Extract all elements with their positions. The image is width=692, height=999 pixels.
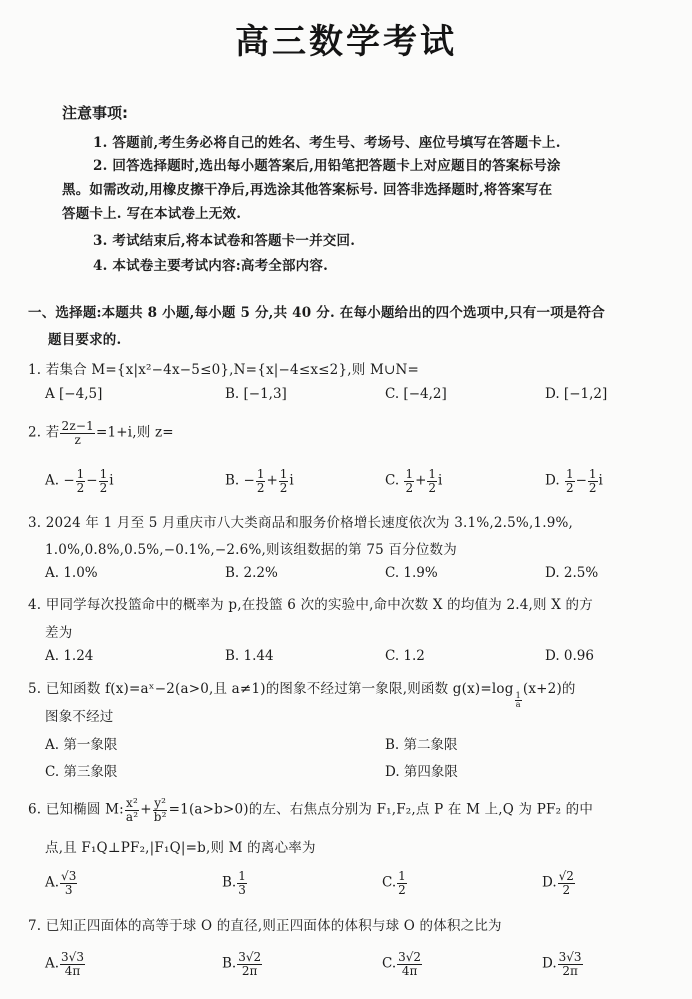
notice-item-4: 4. 本试卷主要考试内容:高考全部内容. (93, 254, 328, 274)
fraction: 12 (565, 468, 575, 494)
notice-item-2-cont: 黑。如需改动,用橡皮擦干净后,再选涂其他答案标号. 回答非选择题时,将答案写在 (62, 178, 552, 198)
question-1-option-d[interactable]: D. [−1,2] (545, 386, 607, 402)
question-5-option-b[interactable]: B. 第二象限 (385, 733, 458, 753)
question-3-option-d[interactable]: D. 2.5% (545, 565, 598, 581)
notice-item-3: 3. 考试结束后,将本试卷和答题卡一并交回. (93, 229, 355, 249)
fraction: 3√24π (397, 951, 422, 977)
question-2-stem-prefix: 2. 若 (28, 425, 59, 441)
fraction: √22 (558, 870, 575, 896)
question-2-option-a[interactable]: A. −12−12i (45, 468, 114, 494)
fraction: 12 (99, 468, 109, 494)
question-7-stem: 7. 已知正四面体的高等于球 O 的直径,则正四面体的体积与球 O 的体积之比为 (28, 914, 502, 934)
question-6-stem: 6. 已知椭圆 M:x²a²+y²b²=1(a>b>0)的左、右焦点分别为 F₁… (28, 797, 593, 823)
question-4-option-c[interactable]: C. 1.2 (385, 648, 425, 664)
notice-item-2: 2. 回答选择题时,选出每小题答案后,用铅笔把答题卡上对应题目的答案标号涂 (93, 154, 561, 174)
question-2-option-c[interactable]: C. 12+12i (385, 468, 442, 494)
question-6-option-a[interactable]: A.√33 (45, 870, 78, 896)
question-7-option-b[interactable]: B.3√22π (222, 951, 263, 977)
fraction: 12 (404, 468, 414, 494)
question-7-option-c[interactable]: C.3√24π (382, 951, 423, 977)
question-1-stem: 1. 若集合 M={x|x²−4x−5≤0},N={x|−4≤x≤2},则 M∪… (28, 358, 419, 378)
fraction: 13 (237, 870, 247, 896)
question-2-option-d[interactable]: D. 12−12i (545, 468, 603, 494)
fraction: 2z−1z (60, 420, 94, 446)
fraction: √33 (60, 870, 77, 896)
question-6-option-c[interactable]: C.12 (382, 870, 408, 896)
section-heading-cont: 题目要求的. (48, 328, 121, 348)
question-3-stem-cont: 1.0%,0.8%,0.5%,−0.1%,−2.6%,则该组数据的第 75 百分… (45, 538, 457, 558)
fraction: 12 (279, 468, 289, 494)
fraction: 12 (256, 468, 266, 494)
question-5-stem-cont: 图象不经过 (45, 705, 114, 725)
question-3-option-a[interactable]: A. 1.0% (45, 565, 98, 581)
fraction: 12 (588, 468, 598, 494)
exam-title: 高三数学考试 (0, 14, 692, 63)
question-3-option-c[interactable]: C. 1.9% (385, 565, 438, 581)
question-1-option-b[interactable]: B. [−1,3] (225, 386, 287, 402)
notice-heading: 注意事项: (62, 102, 128, 123)
question-5-option-c[interactable]: C. 第三象限 (45, 760, 117, 780)
question-4-option-b[interactable]: B. 1.44 (225, 648, 274, 664)
question-3-option-b[interactable]: B. 2.2% (225, 565, 278, 581)
notice-item-1: 1. 答题前,考生务必将自己的姓名、考生号、考场号、座位号填写在答题卡上. (93, 131, 561, 151)
question-7-option-a[interactable]: A.3√34π (45, 951, 86, 977)
question-1-option-c[interactable]: C. [−4,2] (385, 386, 447, 402)
fraction: 12 (427, 468, 437, 494)
question-6-option-b[interactable]: B.13 (222, 870, 248, 896)
question-2-stem: 2. 若2z−1z=1+i,则 z= (28, 420, 174, 446)
question-4-option-d[interactable]: D. 0.96 (545, 648, 594, 664)
question-7-option-d[interactable]: D.3√32π (542, 951, 584, 977)
question-2-stem-suffix: =1+i,则 z= (96, 425, 174, 441)
fraction: 12 (76, 468, 86, 494)
notice-item-2-cont2: 答题卡上. 写在本试卷上无效. (62, 202, 241, 222)
fraction: 3√34π (60, 951, 85, 977)
fraction: y²b² (153, 797, 168, 823)
question-6-stem-cont: 点,且 F₁Q⊥PF₂,|F₁Q|=b,则 M 的离心率为 (45, 836, 316, 856)
question-4-option-a[interactable]: A. 1.24 (45, 648, 93, 664)
question-6-option-d[interactable]: D.√22 (542, 870, 576, 896)
log-base-fraction: 1a (515, 692, 522, 710)
section-heading: 一、选择题:本题共 8 小题,每小题 5 分,共 40 分. 在每小题给出的四个… (28, 301, 605, 321)
fraction: 3√22π (237, 951, 262, 977)
fraction: x²a² (125, 797, 139, 823)
question-5-option-a[interactable]: A. 第一象限 (45, 733, 117, 753)
question-4-stem-cont: 差为 (45, 621, 72, 641)
question-3-stem: 3. 2024 年 1 月至 5 月重庆市八大类商品和服务价格增长速度依次为 3… (28, 511, 573, 531)
fraction: 3√32π (558, 951, 583, 977)
question-4-stem: 4. 甲同学每次投篮命中的概率为 p,在投篮 6 次的实验中,命中次数 X 的均… (28, 593, 593, 613)
fraction: 12 (397, 870, 407, 896)
question-2-option-b[interactable]: B. −12+12i (225, 468, 294, 494)
question-5-option-d[interactable]: D. 第四象限 (385, 760, 458, 780)
question-1-option-a[interactable]: A [−4,5] (45, 386, 102, 402)
